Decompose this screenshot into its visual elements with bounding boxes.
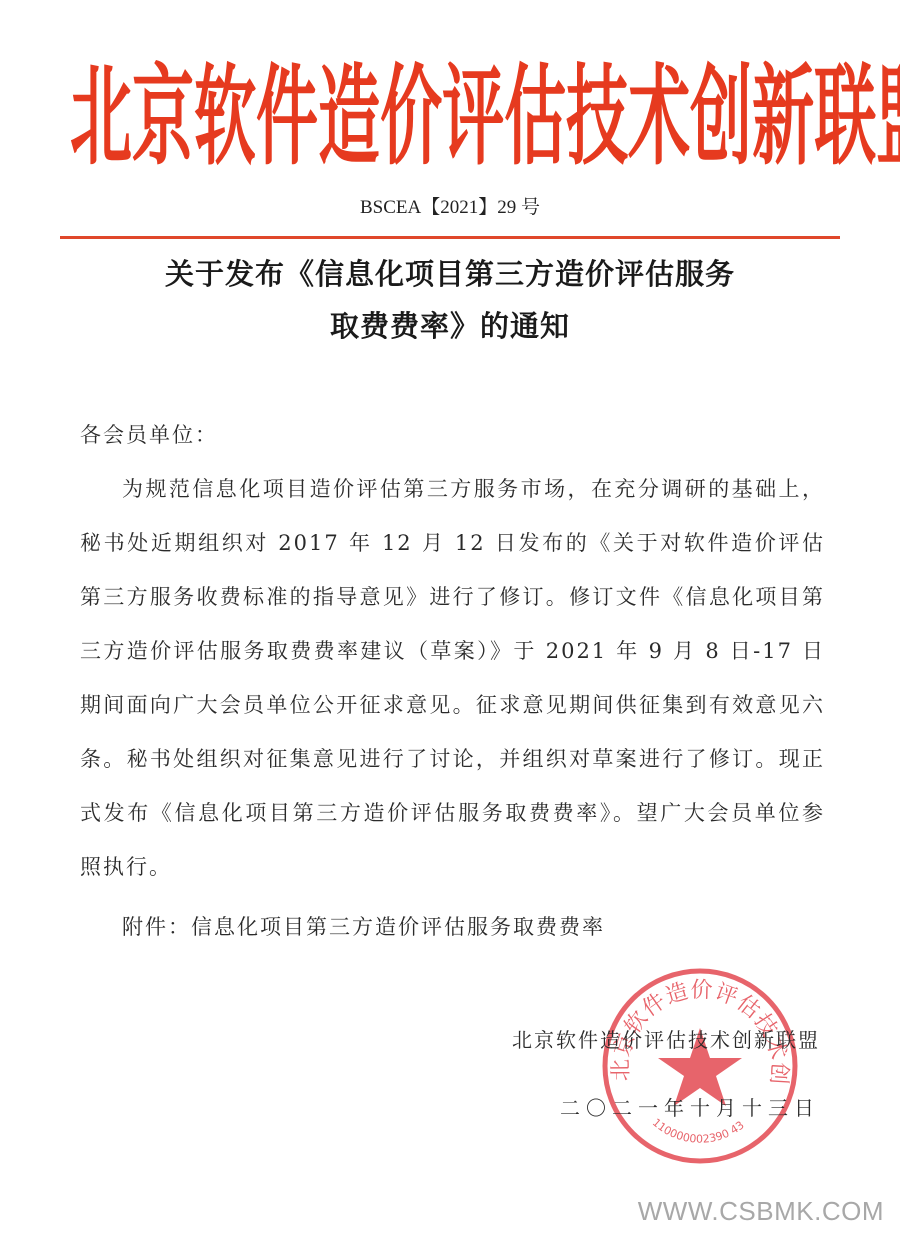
masthead-char: 件 <box>256 63 318 172</box>
notice-body: 各会员单位： 为规范信息化项目造价评估第三方服务市场，在充分调研的基础上，秘书处… <box>80 408 825 954</box>
masthead-char: 价 <box>380 63 442 172</box>
masthead-char: 造 <box>318 63 380 172</box>
salutation: 各会员单位： <box>80 408 825 462</box>
official-seal-icon: 北京软件造价评估技术创新联盟 110000002390 43 <box>600 966 800 1166</box>
masthead-char: 估 <box>504 63 566 172</box>
signature-date: 二〇二一年十月十三日 <box>560 1092 820 1121</box>
masthead-char: 联 <box>814 63 876 172</box>
title-line-2: 取费费率》的通知 <box>0 300 900 352</box>
red-divider <box>60 236 840 239</box>
title-line-1: 关于发布《信息化项目第三方造价评估服务 <box>0 248 900 300</box>
document-number: BSCEA【2021】29 号 <box>0 192 900 219</box>
masthead-char: 创 <box>690 63 752 172</box>
body-paragraph: 为规范信息化项目造价评估第三方服务市场，在充分调研的基础上，秘书处近期组织对 2… <box>80 462 825 894</box>
masthead-char: 新 <box>752 63 814 172</box>
masthead-char: 京 <box>132 63 194 172</box>
watermark: WWW.CSBMK.COM <box>638 1196 884 1227</box>
masthead-char: 术 <box>628 63 690 172</box>
masthead-char: 盟 <box>876 63 900 172</box>
signature-organization: 北京软件造价评估技术创新联盟 <box>512 1024 820 1053</box>
masthead-char: 软 <box>194 63 256 172</box>
attachment-line: 附件：信息化项目第三方造价评估服务取费费率 <box>80 900 825 954</box>
masthead-char: 北 <box>70 63 132 172</box>
notice-title: 关于发布《信息化项目第三方造价评估服务 取费费率》的通知 <box>0 248 900 352</box>
masthead-char: 技 <box>566 63 628 172</box>
masthead: 北 京 软 件 造 价 评 估 技 术 创 新 联 盟 <box>70 52 830 182</box>
masthead-char: 评 <box>442 63 504 172</box>
